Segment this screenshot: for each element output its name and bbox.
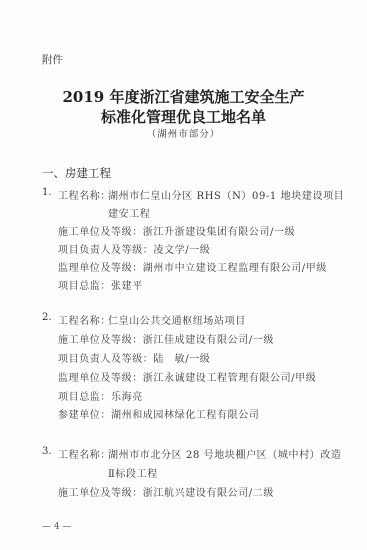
contractor: 施工单位及等级：浙江航兴建设有限公司/二级 [58,484,274,499]
document-title-line1: 2019 年度浙江省建筑施工安全生产 [0,86,367,107]
page-number: — 4 — [42,522,71,532]
section-heading: 一、房建工程 [42,165,111,181]
project-number: 1. [42,187,52,198]
project-number: 3. [42,446,52,457]
chief-supervisor: 项目总监：乐海亮 [58,388,143,403]
project-name-label: 工程名称： [58,312,111,327]
document-subtitle: （湖州市部分） [0,126,367,140]
project-name: 仁皇山公共交通枢纽场站项目 [108,312,246,327]
project-name-cont: 建安工程 [108,205,150,220]
contractor: 施工单位及等级：浙江佳成建设有限公司/一级 [58,331,274,346]
supervisor-unit: 监理单位及等级：浙江永诚建设工程管理有限公司/甲级 [58,369,316,384]
project-name: 湖州市仁皇山分区 RHS（N）09-1 地块建设项目 [108,187,344,202]
document-title-line2: 标准化管理优良工地名单 [0,106,367,127]
attachment-label: 附件 [42,52,63,67]
project-name-label: 工程名称： [58,446,111,461]
project-name-label: 工程名称： [58,187,111,202]
project-number: 2. [42,312,52,323]
supervisor-unit: 监理单位及等级：湖州市中立建设工程监理有限公司/甲级 [58,259,327,274]
project-name-cont: Ⅱ标段工程 [108,465,158,480]
project-name: 湖州市市北分区 28 号地块棚户区（城中村）改造 [108,446,341,461]
contractor: 施工单位及等级：浙江升浙建设集团有限公司/一级 [58,223,295,238]
participating-unit: 参建单位：湖州和成园林绿化工程有限公司 [58,406,259,421]
project-manager: 项目负责人及等级：凌文学/一级 [58,241,210,256]
project-manager: 项目负责人及等级：陆 敏/一级 [58,350,210,365]
chief-supervisor: 项目总监：张建平 [58,277,143,292]
